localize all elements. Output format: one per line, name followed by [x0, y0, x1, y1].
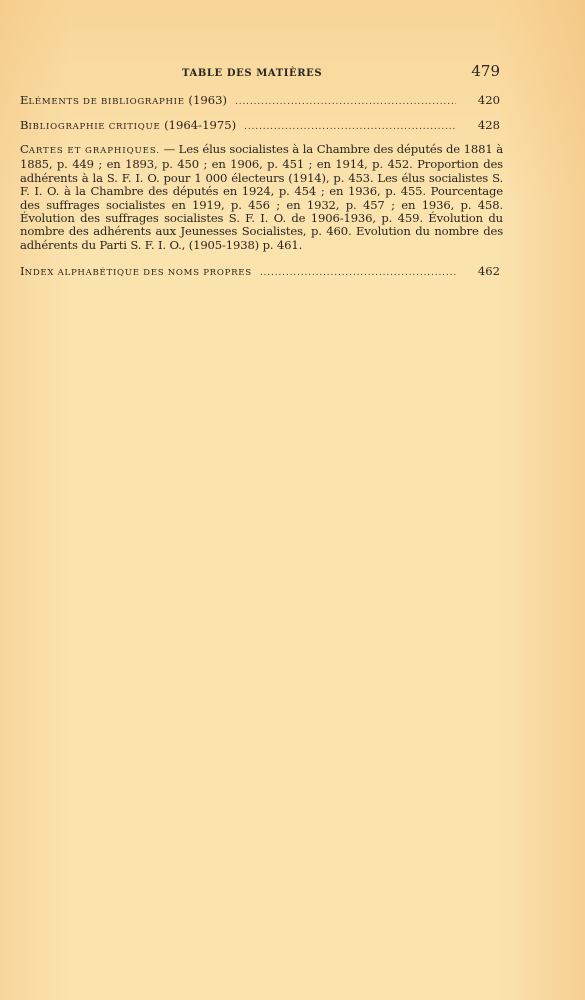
charts-section-text: — Les élus socialistes à la Chambre des …	[20, 142, 503, 252]
charts-heading: ARTES ET GRAPHIQUES.	[29, 146, 160, 156]
dot-leader	[235, 95, 456, 109]
page-header: TABLE DES MATIÈRES 479	[20, 60, 503, 86]
charts-heading-initial: C	[20, 142, 29, 156]
toc-entry-critical-bibliography: BIBLIOGRAPHIE CRITIQUE (1964-1975) 428	[20, 118, 503, 134]
toc-entry-page: 420	[462, 93, 503, 107]
toc-entry-page: 462	[462, 264, 503, 278]
running-title: TABLE DES MATIÈRES	[182, 68, 322, 79]
toc-entry-label: ELÉMENTS DE BIBLIOGRAPHIE (1963)	[20, 93, 227, 109]
page-number: 479	[471, 62, 500, 80]
toc-entry-index: INDEX ALPHABÉTIQUE DES NOMS PROPRES 462	[20, 264, 503, 280]
toc-entry-bibliography-elements: ELÉMENTS DE BIBLIOGRAPHIE (1963) 420	[20, 93, 503, 109]
toc-entry-label: BIBLIOGRAPHIE CRITIQUE (1964-1975)	[20, 118, 236, 134]
toc-entry-label: INDEX ALPHABÉTIQUE DES NOMS PROPRES	[20, 264, 252, 280]
charts-section-paragraph: CARTES ET GRAPHIQUES. — Les élus sociali…	[20, 143, 503, 252]
dot-leader	[260, 266, 456, 280]
toc-entry-page: 428	[462, 118, 503, 132]
book-page: TABLE DES MATIÈRES 479 ELÉMENTS DE BIBLI…	[20, 60, 503, 280]
dot-leader	[244, 120, 456, 134]
